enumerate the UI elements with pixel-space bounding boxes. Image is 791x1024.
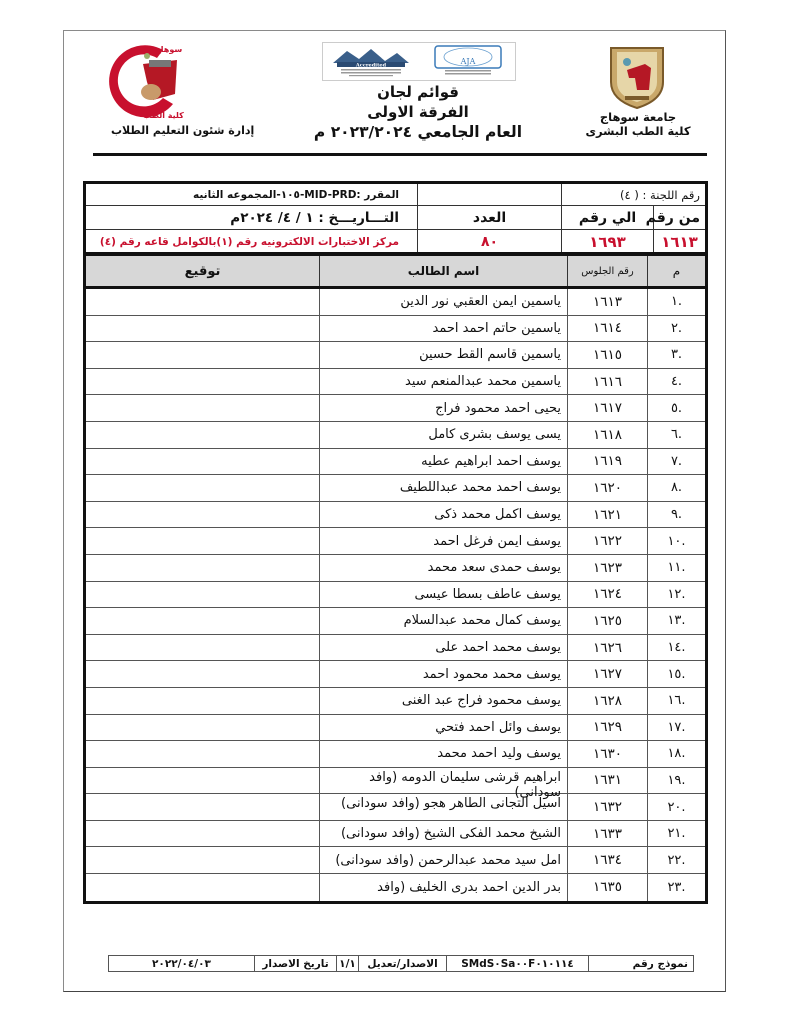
table-row: .١١١٦٢٣يوسف حمدى سعد محمد — [86, 555, 705, 582]
row-index: .١٩ — [647, 768, 705, 794]
seat-number: ١٦٢٠ — [567, 475, 647, 501]
signature-cell[interactable] — [86, 422, 319, 448]
table-row: .٣١٦١٥ياسمين قاسم القط حسين — [86, 342, 705, 369]
title-committee-lists: قوائم لجان — [283, 82, 553, 102]
department-name: إدارة شئون التعليم الطلاب — [111, 124, 254, 137]
version-label: الاصدار/تعديل — [358, 956, 446, 971]
aja-logo-icon: AJA — [427, 45, 509, 77]
row-index: .١١ — [647, 555, 705, 581]
signature-cell[interactable] — [86, 528, 319, 554]
table-row: .٥١٦١٧يحيى احمد محمود فراج — [86, 395, 705, 422]
table-row: .٢١١٦٣٣الشيخ محمد الفكى الشيخ (وافد سودا… — [86, 821, 705, 848]
table-header-row: م رقم الجلوس اسم الطالب توقيع — [86, 256, 705, 289]
student-list-table: م رقم الجلوس اسم الطالب توقيع .١١٦١٣ياسم… — [83, 252, 708, 904]
signature-cell[interactable] — [86, 289, 319, 315]
header-divider — [93, 153, 707, 156]
issue-date-value: ٢٠٢٢/٠٤/٠٣ — [109, 956, 254, 971]
seat-number: ١٦٢٨ — [567, 688, 647, 714]
seat-number: ١٦٢١ — [567, 502, 647, 528]
exam-date: التـــاريـــخ : ١ / ٤/ ٢٠٢٤م — [86, 206, 417, 229]
signature-cell[interactable] — [86, 608, 319, 634]
student-name: يوسف محمود فراج عبد الغنى — [319, 688, 567, 714]
svg-text:سوهاج: سوهاج — [155, 45, 182, 54]
student-name: يوسف حمدى سعد محمد — [319, 555, 567, 581]
student-name: يوسف عاطف بسطا عيسى — [319, 582, 567, 608]
seat-number: ١٦١٨ — [567, 422, 647, 448]
row-index: .٥ — [647, 395, 705, 421]
signature-cell[interactable] — [86, 582, 319, 608]
seat-number: ١٦٣٤ — [567, 847, 647, 873]
row-index: .٩ — [647, 502, 705, 528]
seat-number: ١٦١٩ — [567, 449, 647, 475]
column-header-student-name: اسم الطالب — [319, 256, 567, 286]
from-value: ١٦١٣ — [653, 230, 705, 254]
column-header-index: م — [647, 256, 705, 286]
to-value: ١٦٩٣ — [561, 230, 653, 254]
committee-number: رقم اللجنة : ( ٤) — [561, 184, 705, 205]
form-footer: نموذج رقم SMdS٠Sa٠٠F٠١٠١١٤ الاصدار/تعديل… — [108, 955, 694, 972]
row-index: .٢٢ — [647, 847, 705, 873]
student-name: بدر الدين احمد بدرى الخليف (وافد — [319, 874, 567, 901]
committee-info-table: رقم اللجنة : ( ٤) المقرر :MID-PRD-١٠٥-ال… — [83, 181, 708, 254]
row-index: .٧ — [647, 449, 705, 475]
form-number-label: نموذج رقم — [588, 956, 693, 971]
table-row: .١٥١٦٢٧يوسف محمد محمود احمد — [86, 661, 705, 688]
table-row: .١٨١٦٣٠يوسف وليد احمد محمد — [86, 741, 705, 768]
version-value: ١/١ — [336, 956, 358, 971]
student-name: امل سيد محمد عبدالرحمن (وافد سودانى) — [319, 847, 567, 873]
row-index: .١٣ — [647, 608, 705, 634]
table-row: .١٣١٦٢٥يوسف كمال محمد عبدالسلام — [86, 608, 705, 635]
student-name: ياسمين محمد عبدالمنعم سيد — [319, 369, 567, 395]
row-index: .٢٣ — [647, 874, 705, 901]
table-row: .١٩١٦٣١ابراهيم قرشى سليمان الدومه (وافد … — [86, 768, 705, 795]
row-index: .٢٠ — [647, 794, 705, 820]
row-index: .١٤ — [647, 635, 705, 661]
student-name: يوسف وليد احمد محمد — [319, 741, 567, 767]
egac-accredited-logo-icon: Accredited — [327, 45, 415, 77]
faculty-of-medicine-logo-icon: سوهاج كلية الطب — [103, 42, 193, 122]
student-name: ياسمين حاتم احمد احمد — [319, 316, 567, 342]
row-index: .١٨ — [647, 741, 705, 767]
row-index: .٨ — [647, 475, 705, 501]
count-value: ٨٠ — [417, 230, 561, 254]
title-year-level: الفرقة الاولى — [283, 102, 553, 122]
info-row-labels: من رقم الي رقم العدد التـــاريـــخ : ١ /… — [86, 206, 705, 230]
row-index: .١ — [647, 289, 705, 315]
exam-location: مركز الاختبارات الالكترونيه رقم (١)بالكو… — [86, 230, 417, 254]
certification-logos: Accredited AJA — [322, 42, 516, 81]
signature-cell[interactable] — [86, 475, 319, 501]
table-row: .٨١٦٢٠يوسف احمد محمد عبداللطيف — [86, 475, 705, 502]
table-row: .٩١٦٢١يوسف اكمل محمد ذكى — [86, 502, 705, 529]
student-name: يوسف محمد محمود احمد — [319, 661, 567, 687]
seat-number: ١٦٣٣ — [567, 821, 647, 847]
student-name: ياسمين ايمن العقبي نور الدين — [319, 289, 567, 315]
seat-number: ١٦٣٢ — [567, 794, 647, 820]
student-name: ابراهيم قرشى سليمان الدومه (وافد سودانى) — [319, 768, 567, 794]
count-label: العدد — [417, 206, 561, 229]
course-code: المقرر :MID-PRD-١٠٥-المجموعه الثانيه — [86, 184, 417, 205]
info-row-committee: رقم اللجنة : ( ٤) المقرر :MID-PRD-١٠٥-ال… — [86, 184, 705, 206]
student-name: الشيخ محمد الفكى الشيخ (وافد سودانى) — [319, 821, 567, 847]
title-academic-year: العام الجامعي ٢٠٢٣/٢٠٢٤ م — [283, 122, 553, 142]
signature-cell[interactable] — [86, 794, 319, 820]
signature-cell[interactable] — [86, 395, 319, 421]
row-index: .١٠ — [647, 528, 705, 554]
row-index: .١٥ — [647, 661, 705, 687]
student-name: يوسف ايمن فرغل احمد — [319, 528, 567, 554]
seat-number: ١٦٣١ — [567, 768, 647, 794]
signature-cell[interactable] — [86, 635, 319, 661]
table-row: .٤١٦١٦ياسمين محمد عبدالمنعم سيد — [86, 369, 705, 396]
signature-cell[interactable] — [86, 741, 319, 767]
signature-cell[interactable] — [86, 449, 319, 475]
document-header: سوهاج كلية الطب إدارة شئون التعليم الطلا… — [83, 36, 708, 156]
faculty-label: كلية الطب البشرى — [583, 124, 693, 138]
row-index: .٦ — [647, 422, 705, 448]
row-index: .٣ — [647, 342, 705, 368]
seat-number: ١٦١٤ — [567, 316, 647, 342]
info-row-values: ١٦١٣ ١٦٩٣ ٨٠ مركز الاختبارات الالكترونيه… — [86, 230, 705, 254]
student-name: يوسف احمد محمد عبداللطيف — [319, 475, 567, 501]
table-row: .١١٦١٣ياسمين ايمن العقبي نور الدين — [86, 289, 705, 316]
signature-cell[interactable] — [86, 821, 319, 847]
issue-date-label: تاريخ الاصدار — [254, 956, 336, 971]
student-name: يوسف وائل احمد فتحي — [319, 715, 567, 741]
student-name: يوسف كمال محمد عبدالسلام — [319, 608, 567, 634]
university-name: جامعة سوهاج كلية الطب البشرى — [583, 110, 693, 138]
svg-text:Accredited: Accredited — [355, 63, 387, 69]
row-index: .١٦ — [647, 688, 705, 714]
table-row: .١٦١٦٢٨يوسف محمود فراج عبد الغنى — [86, 688, 705, 715]
svg-text:كلية الطب: كلية الطب — [143, 111, 184, 120]
table-row: .٢٢١٦٣٤امل سيد محمد عبدالرحمن (وافد سودا… — [86, 847, 705, 874]
university-label: جامعة سوهاج — [583, 110, 693, 124]
svg-text:AJA: AJA — [460, 57, 476, 66]
student-name: يوسف اكمل محمد ذكى — [319, 502, 567, 528]
student-name: يحيى احمد محمود فراج — [319, 395, 567, 421]
row-index: .٢١ — [647, 821, 705, 847]
row-index: .١٧ — [647, 715, 705, 741]
student-name: يوسف احمد ابراهيم عطيه — [319, 449, 567, 475]
form-number-value: SMdS٠Sa٠٠F٠١٠١١٤ — [446, 956, 588, 971]
seat-number: ١٦٢٩ — [567, 715, 647, 741]
signature-cell[interactable] — [86, 502, 319, 528]
seat-number: ١٦١٦ — [567, 369, 647, 395]
seat-number: ١٦١٥ — [567, 342, 647, 368]
signature-cell[interactable] — [86, 715, 319, 741]
signature-cell[interactable] — [86, 874, 319, 901]
seat-number: ١٦١٣ — [567, 289, 647, 315]
signature-cell[interactable] — [86, 768, 319, 794]
signature-cell[interactable] — [86, 661, 319, 687]
to-label: الي رقم — [561, 206, 653, 229]
seat-number: ١٦٢٤ — [567, 582, 647, 608]
table-row: .٦١٦١٨يسى يوسف بشرى كامل — [86, 422, 705, 449]
row-index: .١٢ — [647, 582, 705, 608]
table-row: .١٢١٦٢٤يوسف عاطف بسطا عيسى — [86, 582, 705, 609]
table-row: .١٤١٦٢٦يوسف محمد احمد على — [86, 635, 705, 662]
row-index: .٤ — [647, 369, 705, 395]
signature-cell[interactable] — [86, 847, 319, 873]
signature-cell[interactable] — [86, 316, 319, 342]
seat-number: ١٦٢٥ — [567, 608, 647, 634]
table-row: .١٠١٦٢٢يوسف ايمن فرغل احمد — [86, 528, 705, 555]
signature-cell[interactable] — [86, 688, 319, 714]
seat-number: ١٦٣٠ — [567, 741, 647, 767]
student-name: يسى يوسف بشرى كامل — [319, 422, 567, 448]
student-name: اسيل التجانى الطاهر هجو (وافد سودانى) — [319, 794, 567, 820]
column-header-signature: توقيع — [86, 256, 319, 286]
sohag-university-seal-icon — [601, 42, 673, 110]
table-row: .٢٠١٦٣٢اسيل التجانى الطاهر هجو (وافد سود… — [86, 794, 705, 821]
signature-cell[interactable] — [86, 555, 319, 581]
table-row: .٢٣١٦٣٥بدر الدين احمد بدرى الخليف (وافد — [86, 874, 705, 901]
document-title: قوائم لجان الفرقة الاولى العام الجامعي ٢… — [283, 82, 553, 142]
column-header-seat-number: رقم الجلوس — [567, 256, 647, 286]
table-body: .١١٦١٣ياسمين ايمن العقبي نور الدين.٢١٦١٤… — [86, 289, 705, 901]
signature-cell[interactable] — [86, 342, 319, 368]
table-row: .٧١٦١٩يوسف احمد ابراهيم عطيه — [86, 449, 705, 476]
seat-number: ١٦٢٣ — [567, 555, 647, 581]
student-name: ياسمين قاسم القط حسين — [319, 342, 567, 368]
from-label: من رقم — [653, 206, 705, 229]
table-row: .١٧١٦٢٩يوسف وائل احمد فتحي — [86, 715, 705, 742]
row-index: .٢ — [647, 316, 705, 342]
table-row: .٢١٦١٤ياسمين حاتم احمد احمد — [86, 316, 705, 343]
seat-number: ١٦٢٦ — [567, 635, 647, 661]
seat-number: ١٦٢٧ — [567, 661, 647, 687]
seat-number: ١٦٣٥ — [567, 874, 647, 901]
seat-number: ١٦١٧ — [567, 395, 647, 421]
info-empty-cell — [417, 184, 561, 205]
student-name: يوسف محمد احمد على — [319, 635, 567, 661]
signature-cell[interactable] — [86, 369, 319, 395]
seat-number: ١٦٢٢ — [567, 528, 647, 554]
